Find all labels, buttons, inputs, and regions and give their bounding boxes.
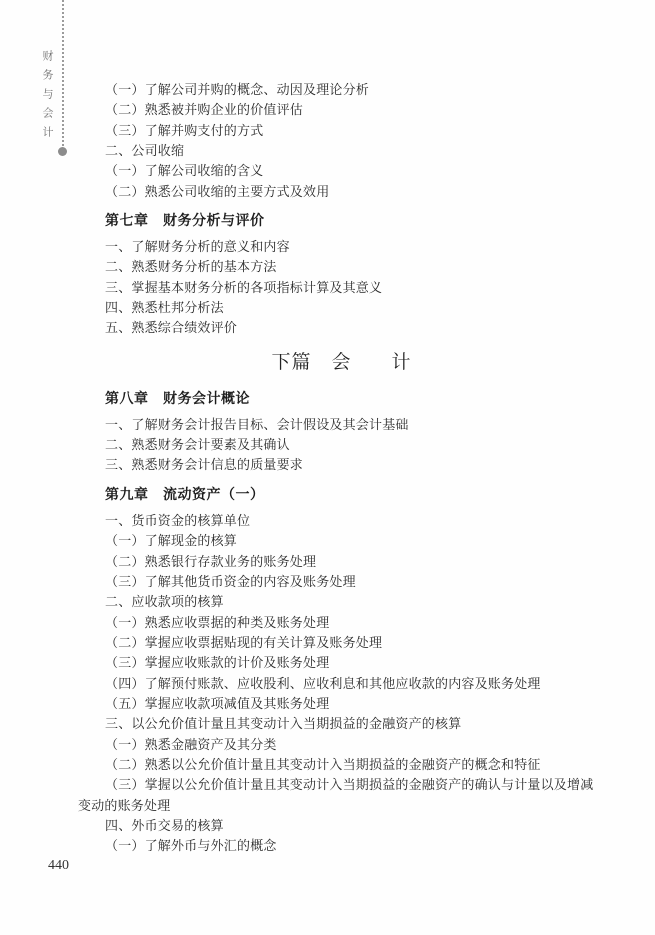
- toc-line: （一）熟悉金融资产及其分类: [78, 735, 578, 755]
- sidebar-dotted-rule: [62, 0, 64, 146]
- toc-line: 五、熟悉综合绩效评价: [78, 318, 578, 338]
- toc-line: （二）熟悉银行存款业务的账务处理: [78, 552, 578, 572]
- toc-line: （一）熟悉应收票据的种类及账务处理: [78, 613, 578, 633]
- sidebar-dot-icon: [58, 147, 67, 156]
- toc-line: （五）掌握应收款项减值及其账务处理: [78, 694, 578, 714]
- toc-line: 二、熟悉财务会计要素及其确认: [78, 435, 578, 455]
- toc-line: 一、了解财务会计报告目标、会计假设及其会计基础: [78, 415, 578, 435]
- toc-line: （一）了解现金的核算: [78, 531, 578, 551]
- toc-line-wrap: 变动的账务处理: [78, 796, 578, 816]
- book-page: 财务与会计 （一）了解公司并购的概念、动因及理论分析 （二）熟悉被并购企业的价值…: [0, 0, 655, 935]
- toc-line: 二、熟悉财务分析的基本方法: [78, 257, 578, 277]
- toc-line: 一、货币资金的核算单位: [78, 511, 578, 531]
- toc-line: （二）掌握应收票据贴现的有关计算及账务处理: [78, 633, 578, 653]
- toc-line: 二、公司收缩: [78, 141, 578, 161]
- page-number: 440: [48, 858, 69, 874]
- chapter-heading: 第九章 流动资产（一）: [78, 484, 578, 504]
- toc-line: 四、熟悉杜邦分析法: [78, 298, 578, 318]
- toc-line: 二、应收款项的核算: [78, 592, 578, 612]
- toc-line: （四）了解预付账款、应收股利、应收利息和其他应收款的内容及账务处理: [78, 674, 578, 694]
- toc-line: （三）掌握以公允价值计量且其变动计入当期损益的金融资产的确认与计量以及增减: [78, 775, 578, 795]
- sidebar-book-title: 财务与会计: [39, 50, 55, 145]
- toc-line: （三）掌握应收账款的计价及账务处理: [78, 653, 578, 673]
- toc-line: （一）了解外币与外汇的概念: [78, 836, 578, 856]
- toc-line: 四、外币交易的核算: [78, 816, 578, 836]
- toc-line: 三、掌握基本财务分析的各项指标计算及其意义: [78, 278, 578, 298]
- toc-line: （三）了解并购支付的方式: [78, 121, 578, 141]
- chapter-heading: 第八章 财务会计概论: [78, 388, 578, 408]
- toc-line: （二）熟悉公司收缩的主要方式及效用: [78, 182, 578, 202]
- toc-line: （二）熟悉以公允价值计量且其变动计入当期损益的金融资产的概念和特征: [78, 755, 578, 775]
- toc-line: （二）熟悉被并购企业的价值评估: [78, 100, 578, 120]
- toc-line: 三、以公允价值计量且其变动计入当期损益的金融资产的核算: [78, 714, 578, 734]
- part-heading: 下篇 会 计: [78, 351, 578, 375]
- toc-line: 三、熟悉财务会计信息的质量要求: [78, 455, 578, 475]
- toc-line: 一、了解财务分析的意义和内容: [78, 237, 578, 257]
- toc-content: （一）了解公司并购的概念、动因及理论分析 （二）熟悉被并购企业的价值评估 （三）…: [78, 80, 578, 857]
- chapter-heading: 第七章 财务分析与评价: [78, 210, 578, 230]
- toc-line: （一）了解公司收缩的含义: [78, 161, 578, 181]
- toc-line: （一）了解公司并购的概念、动因及理论分析: [78, 80, 578, 100]
- toc-line: （三）了解其他货币资金的内容及账务处理: [78, 572, 578, 592]
